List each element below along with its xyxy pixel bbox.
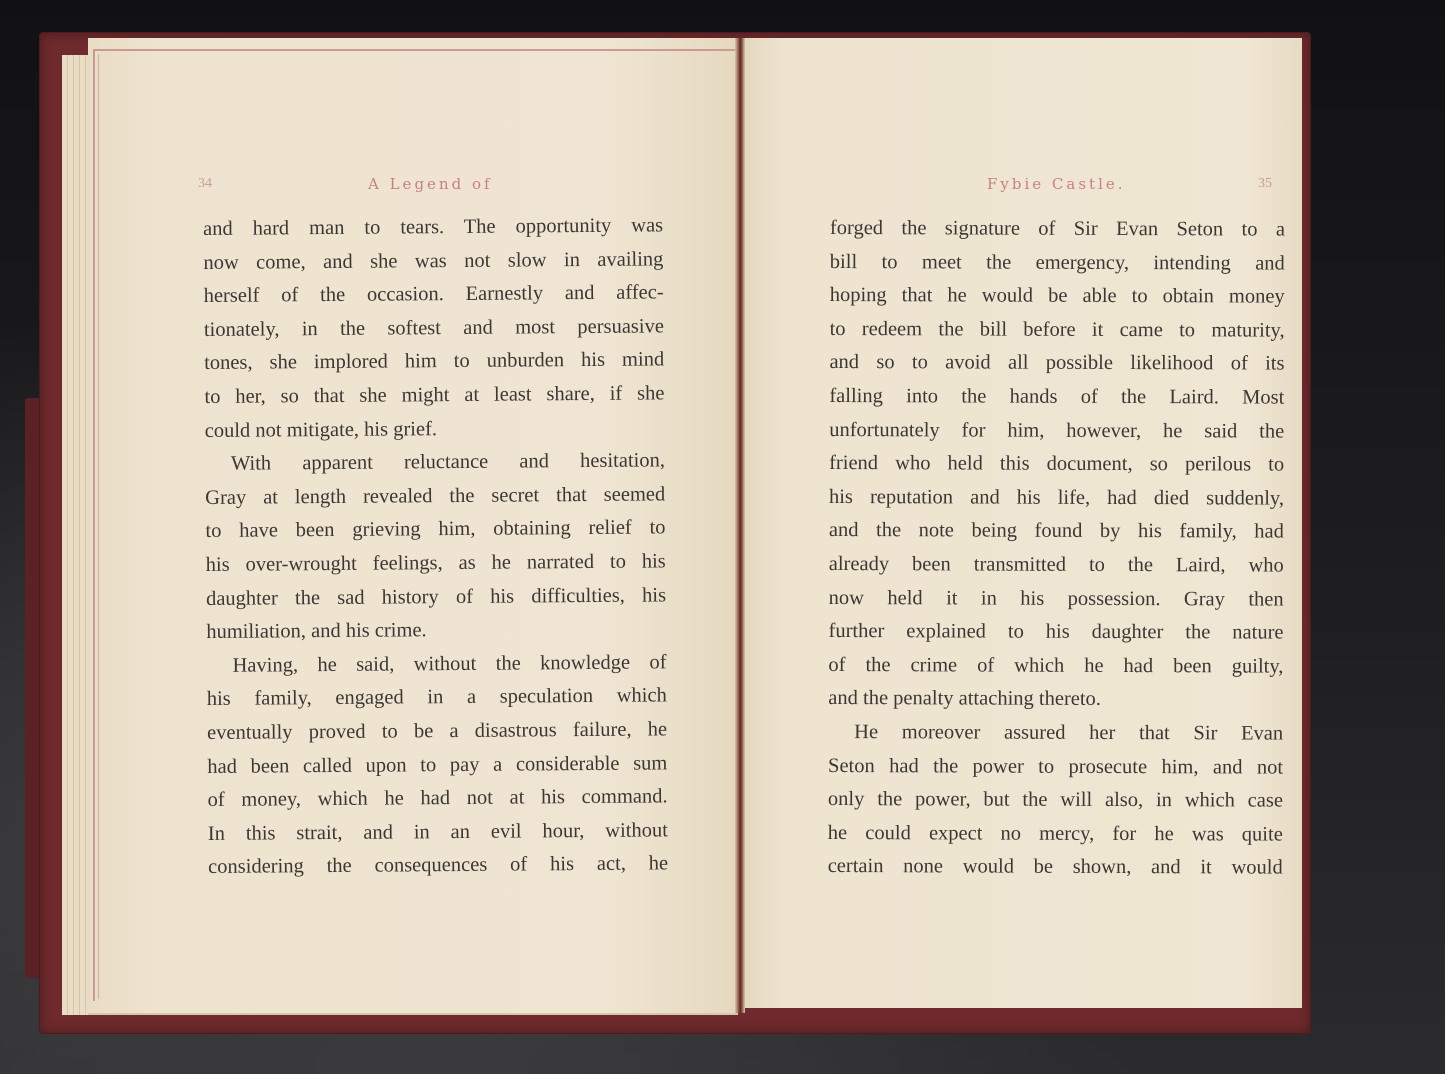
- paragraph-start: Having, he said, without the knowledge o…: [206, 646, 666, 683]
- text-line: In this strait, and in an evil hour, wit…: [208, 814, 668, 851]
- text-line: now come, and she was not slow in availi…: [203, 243, 663, 280]
- text-line: unfortunately for him, however, he said …: [829, 414, 1284, 449]
- text-line: and the penalty attaching thereto.: [828, 682, 1283, 717]
- text-line: Seton had the power to prosecute him, an…: [828, 749, 1283, 784]
- paragraph-start: He moreover assured her that Sir Evan: [828, 716, 1283, 751]
- text-line: to redeem the bill before it came to mat…: [830, 313, 1285, 348]
- text-line: humiliation, and his crime.: [206, 612, 666, 649]
- text-line: now held it in his possession. Gray then: [829, 582, 1284, 617]
- text-line: his over-wrought feelings, as he narrate…: [206, 545, 666, 582]
- running-head-left: A Legend of: [368, 175, 493, 193]
- text-line: could not mitigate, his grief.: [205, 411, 665, 448]
- text-line: had been called upon to pay a considerab…: [207, 747, 667, 784]
- text-line: and hard man to tears. The opportunity w…: [203, 209, 663, 246]
- text-line: of the crime of which he had been guilty…: [828, 649, 1283, 684]
- text-line: his reputation and his life, had died su…: [829, 481, 1284, 516]
- text-line: only the power, but the will also, in wh…: [828, 783, 1283, 818]
- text-line: hoping that he would be able to obtain m…: [830, 279, 1285, 314]
- text-line: daughter the sad history of his difficul…: [206, 579, 666, 616]
- text-line: tones, she implored him to unburden his …: [204, 344, 664, 381]
- text-line: considering the consequences of his act,…: [208, 848, 668, 885]
- text-line: eventually proved to be a disastrous fai…: [207, 713, 667, 750]
- paragraph-start: With apparent reluctance and hesitation,: [205, 445, 665, 482]
- text-line: tionately, in the softest and most persu…: [204, 310, 664, 347]
- text-line: friend who held this document, so perilo…: [829, 447, 1284, 482]
- text-line: to her, so that she might at least share…: [204, 377, 664, 414]
- book-gutter: [735, 38, 745, 1013]
- text-line: Gray at length revealed the secret that …: [205, 478, 665, 515]
- text-line: and so to avoid all possible likelihood …: [829, 346, 1284, 381]
- text-line: herself of the occasion. Earnestly and a…: [204, 277, 664, 314]
- text-line: bill to meet the emergency, intending an…: [830, 246, 1285, 281]
- text-line: further explained to his daughter the na…: [828, 615, 1283, 650]
- text-line: already been transmitted to the Laird, w…: [829, 548, 1284, 583]
- page-number-left: 34: [198, 176, 212, 192]
- text-line: to have been grieving him, obtaining rel…: [205, 512, 665, 549]
- text-line: forged the signature of Sir Evan Seton t…: [830, 212, 1285, 247]
- text-line: his family, engaged in a speculation whi…: [207, 680, 667, 717]
- text-line: of money, which he had not at his comman…: [207, 780, 667, 817]
- left-page-body: and hard man to tears. The opportunity w…: [203, 209, 668, 884]
- right-page-body: forged the signature of Sir Evan Seton t…: [828, 212, 1285, 885]
- page-number-right: 35: [1258, 176, 1272, 192]
- text-line: and the note being found by his family, …: [829, 514, 1284, 549]
- text-line: falling into the hands of the Laird. Mos…: [829, 380, 1284, 415]
- text-line: certain none would be shown, and it woul…: [828, 850, 1283, 885]
- text-line: he could expect no mercy, for he was qui…: [828, 817, 1283, 852]
- running-head-right: Fybie Castle.: [987, 175, 1126, 193]
